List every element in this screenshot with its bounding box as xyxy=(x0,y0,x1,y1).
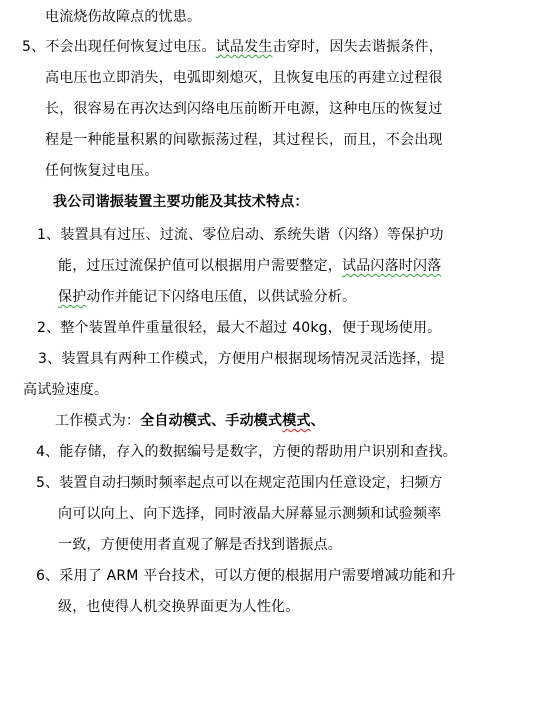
spelling-flagged-text[interactable]: 模式 xyxy=(282,413,310,429)
list-number: 5、 xyxy=(22,39,45,55)
feature-6-line-2: 级，也使得人机交换界面更为人性化。 xyxy=(58,597,299,617)
modes-value-end: 、 xyxy=(311,413,325,429)
list-text: 装置具有过压、过流、零位启动、系统失谐（闪络）等保护功 xyxy=(60,227,443,243)
grammar-flagged-text[interactable]: 保护 xyxy=(58,289,86,305)
feature-1-line-1: 1、装置具有过压、过流、零位启动、系统失谐（闪络）等保护功 xyxy=(37,225,444,245)
feature-3-line-1: 3、装置具有两种工作模式，方便用户根据现场情况灵活选择，提 xyxy=(38,349,445,369)
list-text: 向可以向上、向下选择，同时液晶大屏幕显示测频和试验频率 xyxy=(58,506,441,522)
list-text: 装置具有两种工作模式，方便用户根据现场情况灵活选择，提 xyxy=(61,351,444,367)
document-page: 电流烧伤故障点的忧患。 5、不会出现任何恢复过电压。试品发生击穿时，因失去谐振条… xyxy=(0,0,534,727)
modes-value: 全自动模式、手动模式 xyxy=(140,413,282,429)
section-heading: 我公司谐振装置主要功能及其技术特点： xyxy=(53,192,309,212)
paragraph-text: 电流烧伤故障点的忧患。 xyxy=(45,9,201,25)
list-text: 装置自动扫频时频率起点可以在规定范围内任意设定，扫频方 xyxy=(59,475,442,491)
list-number: 5、 xyxy=(36,475,59,491)
grammar-flagged-text[interactable]: 试品发生 xyxy=(216,39,273,55)
list-text: 不会出现任何恢复过电压。 xyxy=(45,39,215,55)
list-number: 6、 xyxy=(36,568,59,584)
list-text: 高电压也立即消失，电弧即刻熄灭，且恢复电压的再建立过程很 xyxy=(45,70,443,86)
list-number: 1、 xyxy=(37,227,60,243)
feature-1-line-2: 能，过压过流保护值可以根据用户需要整定，试品闪落时闪落 xyxy=(58,256,441,276)
list-text: 级，也使得人机交换界面更为人性化。 xyxy=(58,599,299,615)
list-item-5-line-2: 高电压也立即消失，电弧即刻熄灭，且恢复电压的再建立过程很 xyxy=(45,68,443,88)
feature-5-line-2: 向可以向上、向下选择，同时液晶大屏幕显示测频和试验频率 xyxy=(58,504,441,524)
list-text: 击穿时，因失去谐振条件， xyxy=(273,39,443,55)
list-text: 长，很容易在再次达到闪络电压前断开电源，这种电压的恢复过 xyxy=(45,101,443,117)
list-text: 高试验速度。 xyxy=(23,382,108,398)
modes-label: 工作模式为： xyxy=(55,413,140,429)
list-item-5-line-3: 长，很容易在再次达到闪络电压前断开电源，这种电压的恢复过 xyxy=(45,99,443,119)
list-number: 4、 xyxy=(36,444,59,460)
list-number: 3、 xyxy=(38,351,61,367)
feature-1-line-3: 保护动作并能记下闪络电压值，以供试验分析。 xyxy=(58,287,356,307)
list-text: 能存储，存入的数据编号是数字，方便的帮助用户识别和查找。 xyxy=(59,444,457,460)
list-item-5-line-1: 5、不会出现任何恢复过电压。试品发生击穿时，因失去谐振条件， xyxy=(22,37,443,57)
feature-2-line-1: 2、整个装置单件重量很轻，最大不超过 40kg，便于现场使用。 xyxy=(37,318,441,338)
list-text: 采用了 ARM 平台技术，可以方便的根据用户需要增减功能和升 xyxy=(59,568,455,584)
heading-text: 我公司谐振装置主要功能及其技术特点： xyxy=(53,194,309,210)
feature-6-line-1: 6、采用了 ARM 平台技术，可以方便的根据用户需要增减功能和升 xyxy=(36,566,456,586)
list-number: 2、 xyxy=(37,320,60,336)
list-text: 能，过压过流保护值可以根据用户需要整定， xyxy=(58,258,342,274)
list-text: 一致，方便使用者直观了解是否找到谐振点。 xyxy=(58,537,342,553)
list-item-5-line-4: 程是一种能量积累的间歇振荡过程，其过程长，而且，不会出现 xyxy=(45,130,443,150)
list-text: 任何恢复过电压。 xyxy=(45,163,159,179)
feature-5-line-3: 一致，方便使用者直观了解是否找到谐振点。 xyxy=(58,535,342,555)
feature-4-line-1: 4、能存储，存入的数据编号是数字，方便的帮助用户识别和查找。 xyxy=(36,442,457,462)
feature-3-line-2: 高试验速度。 xyxy=(23,380,108,400)
list-text: 程是一种能量积累的间歇振荡过程，其过程长，而且，不会出现 xyxy=(45,132,443,148)
grammar-flagged-text[interactable]: 试品闪落时闪落 xyxy=(342,258,441,274)
working-modes-line: 工作模式为：全自动模式、手动模式模式、 xyxy=(55,411,325,431)
list-text: 动作并能记下闪络电压值，以供试验分析。 xyxy=(86,289,356,305)
list-item-5-line-5: 任何恢复过电压。 xyxy=(45,161,159,181)
list-text: 整个装置单件重量很轻，最大不超过 40kg，便于现场使用。 xyxy=(60,320,441,336)
paragraph-tail: 电流烧伤故障点的忧患。 xyxy=(45,7,201,27)
feature-5-line-1: 5、装置自动扫频时频率起点可以在规定范围内任意设定，扫频方 xyxy=(36,473,443,493)
